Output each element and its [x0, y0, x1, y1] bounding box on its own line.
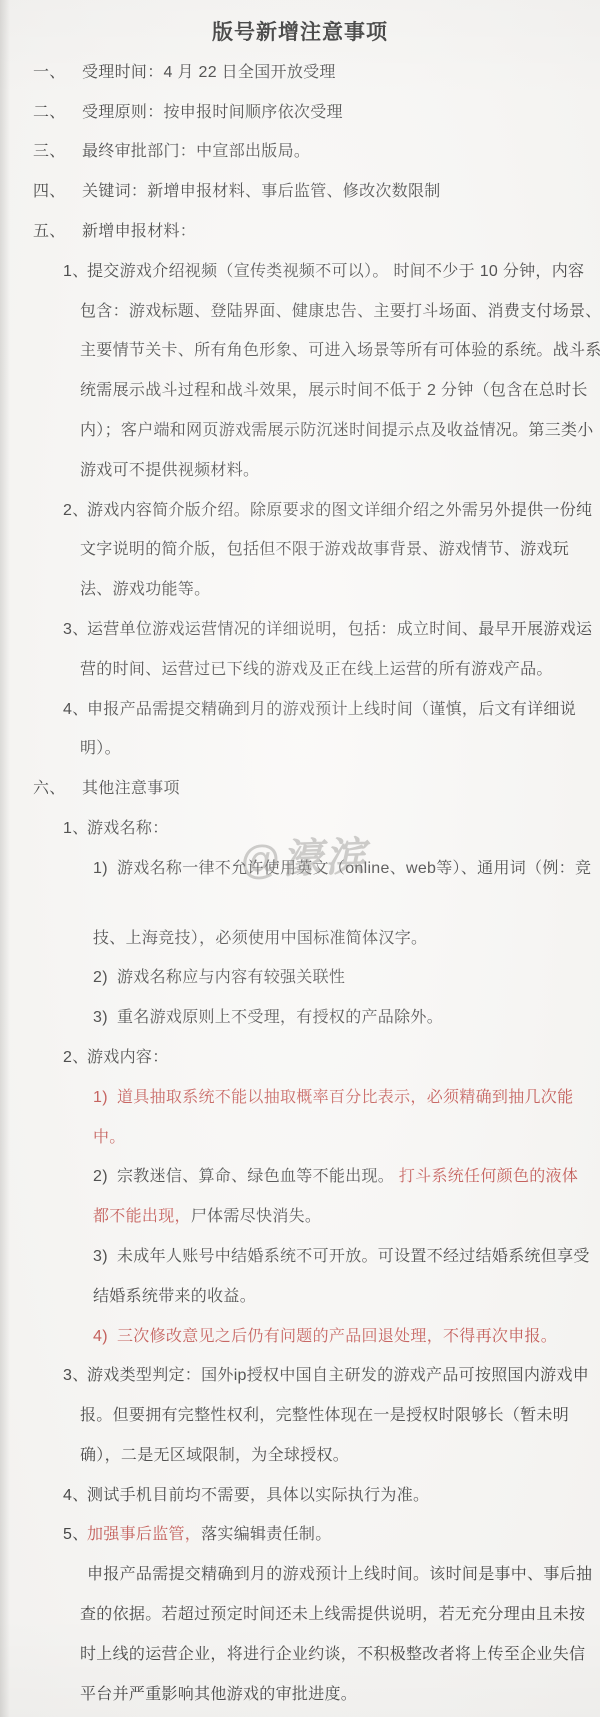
- list-marker: 1): [93, 1078, 108, 1118]
- text-segment: 报。但要拥有完整性权利，完整性体现在一是授权时限够长（暂未明: [80, 1407, 569, 1424]
- text-segment: 查的依据。若超过预定时间还未上线需提供说明，若无充分理由且未按: [80, 1606, 585, 1623]
- text-line: 都不能出现，尸体需尽快消失。: [0, 1197, 600, 1237]
- text-line: 4、测试手机目前均不需要，具体以实际执行为准。: [0, 1476, 600, 1516]
- text-line: 查的依据。若超过预定时间还未上线需提供说明，若无充分理由且未按: [0, 1595, 600, 1635]
- text-segment: 重名游戏原则上不受理，有授权的产品除外。: [117, 1009, 443, 1026]
- text-segment: 文字说明的简介版，包括但不限于游戏故事背景、游戏情节、游戏玩: [80, 541, 569, 558]
- text-segment: 营的时间、运营过已下线的游戏及正在线上运营的所有游戏产品。: [80, 661, 553, 678]
- text-segment: 尸体需尽快消失。: [191, 1208, 321, 1225]
- text-line: 中。: [0, 1118, 600, 1158]
- text-segment: 关键词：新增申报材料、事后监管、修改次数限制: [82, 183, 441, 200]
- text-segment: 游戏内容简介版介绍。除原要求的图文详细介绍之外需另外提供一份纯: [87, 502, 592, 519]
- text-segment: 包含：游戏标题、登陆界面、健康忠告、主要打斗场面、消费支付场景、: [80, 303, 600, 320]
- text-line: 平台并严重影响其他游戏的审批进度。: [0, 1675, 600, 1715]
- text-segment: 游戏名称：: [87, 820, 169, 837]
- list-marker: 4、: [63, 1476, 89, 1516]
- text-segment: 游戏可不提供视频材料。: [80, 462, 259, 479]
- list-marker: 4): [93, 1317, 108, 1357]
- text-segment: 游戏类型判定：国外ip授权中国自主研发的游戏产品可按照国内游戏申: [87, 1367, 589, 1384]
- text-segment: 技、上海竞技），必须使用中国标准简体汉字。: [93, 930, 427, 947]
- document-title: 版号新增注意事项: [0, 13, 600, 53]
- text-segment: 宗教迷信、算命、绿色血等不能出现。: [117, 1168, 399, 1185]
- text-line: 法、游戏功能等。: [0, 570, 600, 610]
- text-segment: 新增申报材料：: [82, 223, 196, 240]
- text-line: 内）；客户端和网页游戏需展示防沉迷时间提示点及收益情况。第三类小: [0, 411, 600, 451]
- text-line: 统需展示战斗过程和战斗效果，展示时间不低于 2 分钟（包含在总时长: [0, 371, 600, 411]
- highlighted-text-segment: 都不能出现，: [93, 1208, 191, 1225]
- list-marker: 3): [93, 1237, 108, 1277]
- text-segment: 运营单位游戏运营情况的详细说明，包括：成立时间、最早开展游戏运: [87, 621, 592, 638]
- text-segment: 平台并严重影响其他游戏的审批进度。: [80, 1686, 357, 1703]
- text-line: 2、游戏内容简介版介绍。除原要求的图文详细介绍之外需另外提供一份纯: [0, 491, 600, 531]
- text-line: 二、受理原则：按申报时间顺序依次受理: [0, 93, 600, 133]
- text-line: 5、加强事后监管，落实编辑责任制。: [0, 1515, 600, 1555]
- text-line: 1)游戏名称一律不允许使用英文（online、web等）、通用词（例：竞: [0, 849, 600, 889]
- list-marker: 2): [93, 958, 108, 998]
- text-segment: 其他注意事项: [82, 780, 180, 797]
- list-marker: 3、: [63, 610, 89, 650]
- text-segment: 受理时间：4 月 22 日全国开放受理: [82, 64, 336, 81]
- text-line: 三、最终审批部门：中宣部出版局。: [0, 132, 600, 172]
- list-marker: 4、: [63, 690, 89, 730]
- highlighted-text-segment: 中。: [93, 1129, 126, 1146]
- text-line: 技、上海竞技），必须使用中国标准简体汉字。: [0, 919, 600, 959]
- document-page: 版号新增注意事项 一、受理时间：4 月 22 日全国开放受理二、受理原则：按申报…: [0, 0, 600, 1717]
- text-segment: 结婚系统带来的收益。: [93, 1288, 256, 1305]
- text-line: 确），二是无区域限制，为全球授权。: [0, 1436, 600, 1476]
- text-line: 四、关键词：新增申报材料、事后监管、修改次数限制: [0, 172, 600, 212]
- list-marker: 六、: [33, 769, 66, 809]
- text-line: 时上线的运营企业，将进行企业约谈，不积极整改者将上传至企业失信: [0, 1635, 600, 1675]
- text-line: 报。但要拥有完整性权利，完整性体现在一是授权时限够长（暂未明: [0, 1396, 600, 1436]
- text-segment: 游戏名称一律不允许使用英文（online、web等）、通用词（例：竞: [117, 860, 591, 877]
- text-line: 3、运营单位游戏运营情况的详细说明，包括：成立时间、最早开展游戏运: [0, 610, 600, 650]
- text-segment: 统需展示战斗过程和战斗效果，展示时间不低于 2 分钟（包含在总时长: [80, 382, 588, 399]
- list-marker: 二、: [33, 93, 66, 133]
- text-segment: 时上线的运营企业，将进行企业约谈，不积极整改者将上传至企业失信: [80, 1646, 585, 1663]
- list-marker: 3): [93, 998, 108, 1038]
- text-segment: 落实编辑责任制。: [201, 1526, 331, 1543]
- text-segment: 提交游戏介绍视频（宣传类视频不可以）。 时间不少于 10 分钟，内容: [87, 263, 584, 280]
- text-segment: 申报产品需提交精确到月的游戏预计上线时间。该时间是事中、事后抽: [87, 1566, 592, 1583]
- text-segment: 法、游戏功能等。: [80, 581, 210, 598]
- text-line: 五、新增申报材料：: [0, 212, 600, 252]
- text-segment: 申报产品需提交精确到月的游戏预计上线时间（谨慎，后文有详细说: [87, 701, 576, 718]
- list-marker: 1、: [63, 252, 89, 292]
- list-marker: 2): [93, 1157, 108, 1197]
- text-segment: 未成年人账号中结婚系统不可开放。可设置不经过结婚系统但享受: [117, 1248, 590, 1265]
- text-segment: 受理原则：按申报时间顺序依次受理: [82, 104, 343, 121]
- text-segment: 内）；客户端和网页游戏需展示防沉迷时间提示点及收益情况。第三类小: [80, 422, 594, 439]
- list-marker: 2、: [63, 1038, 89, 1078]
- text-line: 2)游戏名称应与内容有较强关联性: [0, 958, 600, 998]
- text-line: 4)三次修改意见之后仍有问题的产品回退处理，不得再次申报。: [0, 1317, 600, 1357]
- text-line: 结婚系统带来的收益。: [0, 1277, 600, 1317]
- text-segment: 测试手机目前均不需要，具体以实际执行为准。: [87, 1487, 429, 1504]
- text-line: 六、其他注意事项: [0, 769, 600, 809]
- text-line: 文字说明的简介版，包括但不限于游戏故事背景、游戏情节、游戏玩: [0, 530, 600, 570]
- list-marker: 四、: [33, 172, 66, 212]
- list-marker: 5、: [63, 1515, 89, 1555]
- highlighted-text-segment: 加强事后监管，: [87, 1526, 201, 1543]
- text-segment: 游戏名称应与内容有较强关联性: [117, 969, 345, 986]
- text-line: 2、游戏内容：: [0, 1038, 600, 1078]
- text-line: 明）。: [0, 729, 600, 769]
- text-segment: 明）。: [80, 740, 121, 757]
- text-line: 一、受理时间：4 月 22 日全国开放受理: [0, 53, 600, 93]
- list-marker: 五、: [33, 212, 66, 252]
- list-marker: 3、: [63, 1356, 89, 1396]
- highlighted-text-segment: 打斗系统任何颜色的液体: [399, 1168, 578, 1185]
- highlighted-text-segment: 三次修改意见之后仍有问题的产品回退处理，不得再次申报。: [117, 1328, 557, 1345]
- document-body: 一、受理时间：4 月 22 日全国开放受理二、受理原则：按申报时间顺序依次受理三…: [0, 53, 600, 1715]
- list-marker: 一、: [33, 53, 66, 93]
- text-line: 2)宗教迷信、算命、绿色血等不能出现。 打斗系统任何颜色的液体: [0, 1157, 600, 1197]
- text-segment: 最终审批部门：中宣部出版局。: [82, 143, 310, 160]
- text-line: 营的时间、运营过已下线的游戏及正在线上运营的所有游戏产品。: [0, 650, 600, 690]
- text-line: 1、游戏名称：: [0, 809, 600, 849]
- list-marker: 1): [93, 849, 108, 889]
- text-line: 申报产品需提交精确到月的游戏预计上线时间。该时间是事中、事后抽: [0, 1555, 600, 1595]
- text-segment: 主要情节关卡、所有角色形象、可进入场景等所有可体验的系统。战斗系: [80, 342, 600, 359]
- text-segment: 确），二是无区域限制，为全球授权。: [80, 1447, 349, 1464]
- text-line: 3)重名游戏原则上不受理，有授权的产品除外。: [0, 998, 600, 1038]
- text-line: 1)道具抽取系统不能以抽取概率百分比表示，必须精确到抽几次能: [0, 1078, 600, 1118]
- text-line: 3、游戏类型判定：国外ip授权中国自主研发的游戏产品可按照国内游戏申: [0, 1356, 600, 1396]
- text-line: 4、申报产品需提交精确到月的游戏预计上线时间（谨慎，后文有详细说: [0, 690, 600, 730]
- text-line: 包含：游戏标题、登陆界面、健康忠告、主要打斗场面、消费支付场景、: [0, 292, 600, 332]
- text-segment: 游戏内容：: [87, 1049, 169, 1066]
- text-line: 3)未成年人账号中结婚系统不可开放。可设置不经过结婚系统但享受: [0, 1237, 600, 1277]
- list-marker: 1、: [63, 809, 89, 849]
- list-marker: 三、: [33, 132, 66, 172]
- list-marker: 2、: [63, 491, 89, 531]
- highlighted-text-segment: 道具抽取系统不能以抽取概率百分比表示，必须精确到抽几次能: [117, 1089, 573, 1106]
- text-line: 1、提交游戏介绍视频（宣传类视频不可以）。 时间不少于 10 分钟，内容: [0, 252, 600, 292]
- text-line: 主要情节关卡、所有角色形象、可进入场景等所有可体验的系统。战斗系: [0, 331, 600, 371]
- text-line: 游戏可不提供视频材料。: [0, 451, 600, 491]
